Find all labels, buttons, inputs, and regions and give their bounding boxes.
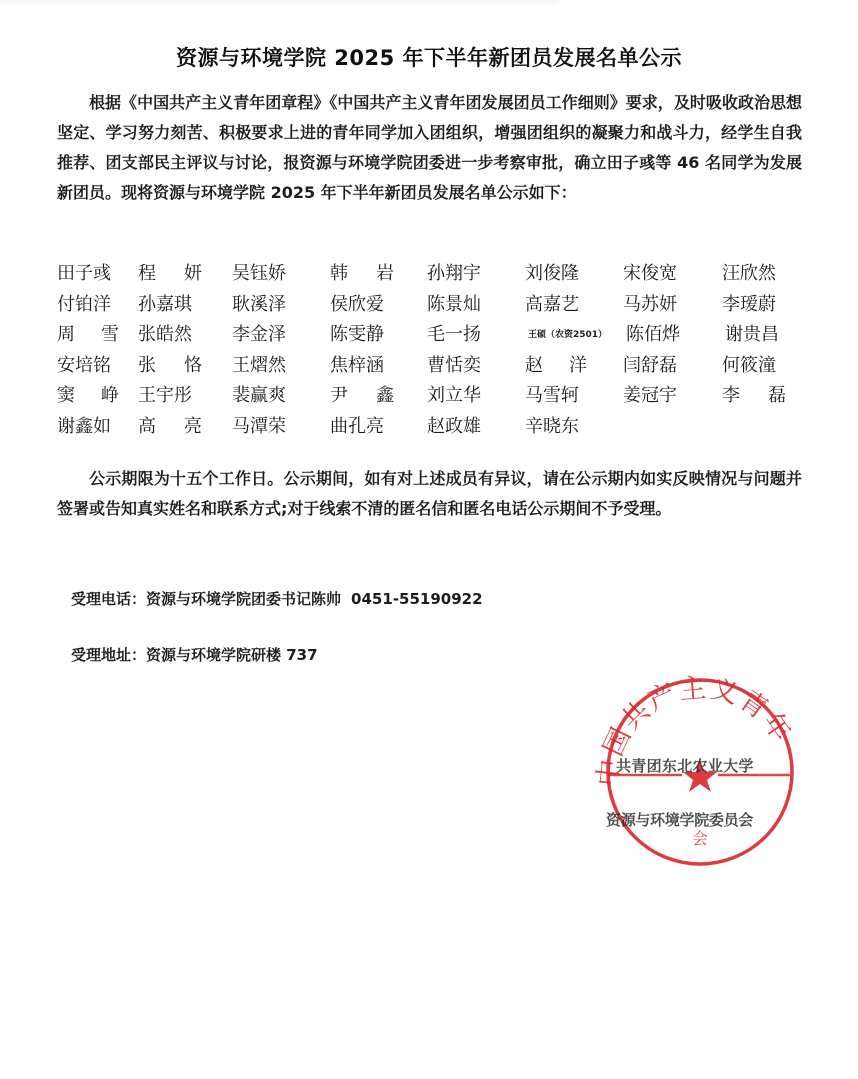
name-entry: 王宇彤 [138, 381, 232, 407]
name-entry: 尹鑫 [330, 381, 427, 407]
name-entry: 辛晓东 [525, 412, 623, 438]
name-row: 谢鑫如 高亮 马潭荣 曲孔亮 赵政雄 辛晓东 [57, 410, 817, 441]
name-list: 田子彧 程妍 吴钰娇 韩岩 孙翔宇 刘俊隆 宋俊宽 汪欣然 付铂洋 孙嘉琪 耿溪… [57, 257, 817, 440]
name-entry: 窦峥 [57, 381, 138, 407]
name-entry: 宋俊宽 [623, 259, 722, 285]
notice-paragraph: 公示期限为十五个工作日。公示期间，如有对上述成员有异议，请在公示期内如实反映情况… [57, 464, 802, 524]
name-entry: 李金泽 [232, 320, 330, 346]
seal-university-text: 共青团东北农业大学 [616, 755, 754, 776]
intro-paragraph: 根据《中国共产主义青年团章程》《中国共产主义青年团发展团员工作细则》要求，及时吸… [57, 88, 802, 208]
name-entry: 李磊 [722, 381, 812, 407]
name-entry: 曲孔亮 [330, 412, 427, 438]
name-row: 田子彧 程妍 吴钰娇 韩岩 孙翔宇 刘俊隆 宋俊宽 汪欣然 [57, 257, 817, 288]
name-entry: 闫舒磊 [623, 351, 722, 377]
phone-number: 0451-55190922 [351, 590, 482, 608]
name-entry: 付铂洋 [57, 290, 138, 316]
name-entry: 孙翔宇 [427, 259, 525, 285]
name-entry: 刘俊隆 [525, 259, 623, 285]
svg-text:会: 会 [692, 829, 708, 848]
name-entry: 安培铭 [57, 351, 138, 377]
name-entry: 曹恬奕 [427, 351, 525, 377]
contact-phone: 受理电话：资源与环境学院团委书记陈帅0451-55190922 [71, 588, 483, 609]
name-entry: 李瑷蔚 [722, 290, 812, 316]
name-entry: 高亮 [138, 412, 232, 438]
name-entry: 裴赢爽 [232, 381, 330, 407]
name-entry: 田子彧 [57, 259, 138, 285]
phone-contact-person: 资源与环境学院团委书记陈帅 [146, 590, 341, 608]
name-entry: 耿溪泽 [232, 290, 330, 316]
name-entry: 张皓然 [138, 320, 232, 346]
name-entry: 陈佰烨 [626, 320, 725, 346]
name-entry: 侯欣爱 [330, 290, 427, 316]
name-entry: 马雪轲 [525, 381, 623, 407]
name-entry: 韩岩 [330, 259, 427, 285]
name-entry: 高嘉艺 [525, 290, 623, 316]
name-entry: 毛一扬 [427, 320, 525, 346]
address-text: 资源与环境学院研楼 737 [146, 646, 318, 664]
name-entry: 刘立华 [427, 381, 525, 407]
name-entry: 谢贵昌 [725, 320, 815, 346]
name-row: 付铂洋 孙嘉琪 耿溪泽 侯欣爱 陈景灿 高嘉艺 马苏妍 李瑷蔚 [57, 288, 817, 319]
seal-committee-text: 资源与环境学院委员会 [606, 809, 753, 830]
phone-label: 受理电话： [71, 590, 146, 608]
name-entry: 王硕（农资2501） [525, 327, 626, 340]
name-entry: 谢鑫如 [57, 412, 138, 438]
name-entry: 孙嘉琪 [138, 290, 232, 316]
name-entry: 陈景灿 [427, 290, 525, 316]
scan-edge-shadow [0, 0, 560, 10]
name-entry: 姜冠宇 [623, 381, 722, 407]
name-entry: 马潭荣 [232, 412, 330, 438]
name-entry: 陈雯静 [330, 320, 427, 346]
name-entry: 张恪 [138, 351, 232, 377]
name-entry: 赵洋 [525, 351, 623, 377]
name-entry: 马苏妍 [623, 290, 722, 316]
page-title: 资源与环境学院 2025 年下半年新团员发展名单公示 [0, 42, 858, 72]
name-row: 窦峥 王宇彤 裴赢爽 尹鑫 刘立华 马雪轲 姜冠宇 李磊 [57, 379, 817, 410]
official-seal: 中国共产主义青年团 会 共青团东北农业大学 资源与环境学院委员会 [590, 672, 810, 872]
name-entry: 焦梓涵 [330, 351, 427, 377]
address-label: 受理地址： [71, 646, 146, 664]
name-entry: 程妍 [138, 259, 232, 285]
name-entry: 吴钰娇 [232, 259, 330, 285]
name-row: 周雪 张皓然 李金泽 陈雯静 毛一扬 王硕（农资2501） 陈佰烨 谢贵昌 [57, 318, 817, 349]
name-entry: 何筱潼 [722, 351, 812, 377]
name-entry: 赵政雄 [427, 412, 525, 438]
name-entry: 汪欣然 [722, 259, 812, 285]
name-entry: 周雪 [57, 320, 138, 346]
contact-address: 受理地址：资源与环境学院研楼 737 [71, 644, 318, 665]
name-row: 安培铭 张恪 王熠然 焦梓涵 曹恬奕 赵洋 闫舒磊 何筱潼 [57, 349, 817, 380]
name-entry: 王熠然 [232, 351, 330, 377]
